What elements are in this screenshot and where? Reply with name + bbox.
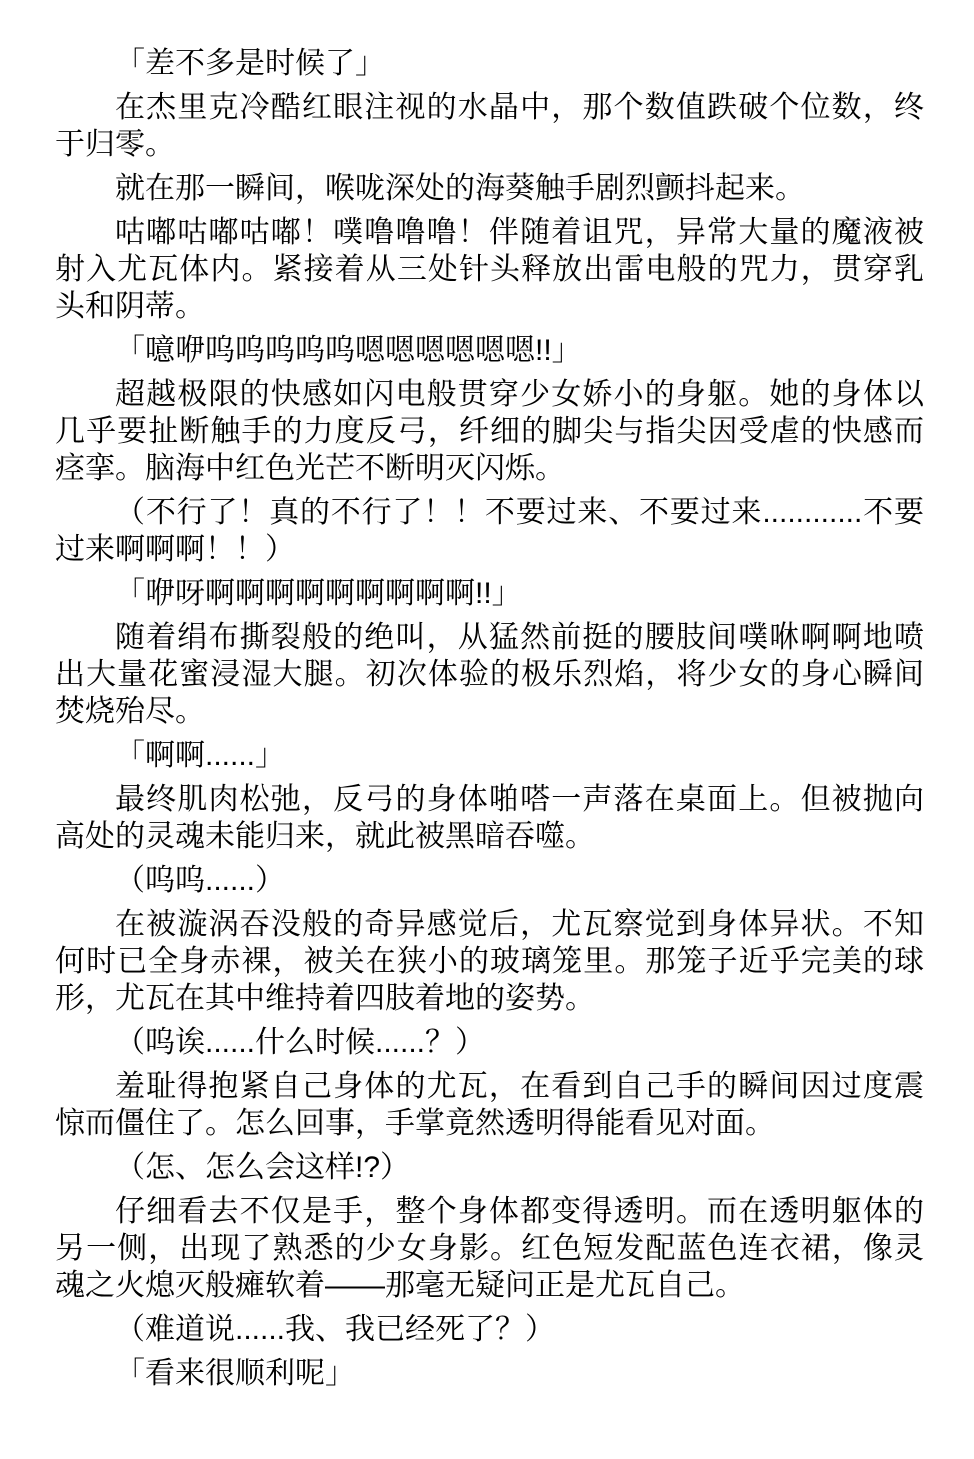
paragraph: 仔细看去不仅是手，整个身体都变得透明。而在透明躯体的另一侧，出现了熟悉的少女身影… (55, 1193, 924, 1304)
paragraph: 「噫咿呜呜呜呜呜嗯嗯嗯嗯嗯嗯!!」 (55, 332, 924, 369)
paragraph: （不行了！真的不行了！！不要过来、不要过来............不要过来啊啊啊… (55, 494, 924, 568)
paragraph: 超越极限的快感如闪电般贯穿少女娇小的身躯。她的身体以几乎要扯断触手的力度反弓，纤… (55, 376, 924, 487)
paragraph: 「看来很顺利呢」 (55, 1355, 924, 1392)
novel-text-page: 「差不多是时候了」 在杰里克冷酷红眼注视的水晶中，那个数值跌破个位数，终于归零。… (0, 0, 974, 1459)
paragraph: 就在那一瞬间，喉咙深处的海葵触手剧烈颤抖起来。 (55, 170, 924, 207)
paragraph: 最终肌肉松弛，反弓的身体啪嗒一声落在桌面上。但被抛向高处的灵魂未能归来，就此被黑… (55, 781, 924, 855)
paragraph: 「差不多是时候了」 (55, 45, 924, 82)
paragraph: 咕嘟咕嘟咕嘟！噗噜噜噜！伴随着诅咒，异常大量的魔液被射入尤瓦体内。紧接着从三处针… (55, 214, 924, 325)
paragraph: 在杰里克冷酷红眼注视的水晶中，那个数值跌破个位数，终于归零。 (55, 89, 924, 163)
paragraph: （怎、怎么会这样!?） (55, 1149, 924, 1186)
paragraph: 「咿呀啊啊啊啊啊啊啊啊啊!!」 (55, 575, 924, 612)
paragraph: 「啊啊......」 (55, 737, 924, 774)
paragraph: 羞耻得抱紧自己身体的尤瓦，在看到自己手的瞬间因过度震惊而僵住了。怎么回事，手掌竟… (55, 1068, 924, 1142)
paragraph: （呜诶......什么时候......？） (55, 1024, 924, 1061)
paragraph: （呜呜......） (55, 862, 924, 899)
paragraph: 在被漩涡吞没般的奇异感觉后，尤瓦察觉到身体异状。不知何时已全身赤裸，被关在狭小的… (55, 906, 924, 1017)
paragraph: （难道说......我、我已经死了？） (55, 1311, 924, 1348)
paragraph: 随着绢布撕裂般的绝叫，从猛然前挺的腰肢间噗咻啊啊地喷出大量花蜜浸湿大腿。初次体验… (55, 619, 924, 730)
